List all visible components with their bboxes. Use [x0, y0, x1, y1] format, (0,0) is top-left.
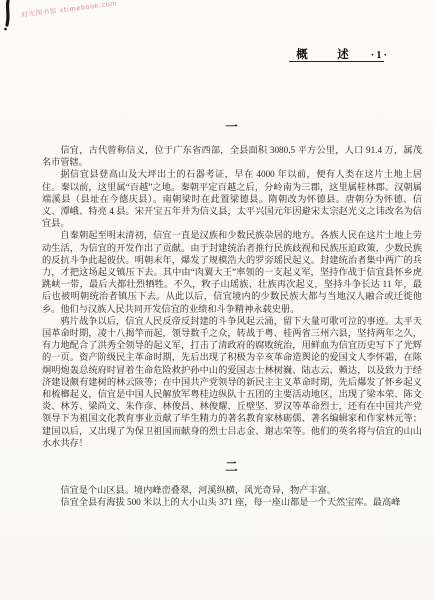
header-rule: [289, 61, 384, 62]
book-page: 时光图书馆 xtimebook.com 概 述 ·1· 一 信宜，古代曾称信义，…: [0, 0, 435, 600]
paragraph-ancient-history: 据信宜县登高山及大坪出土的石器考证，早在 4000 年以前，便有人类在这片土地上…: [42, 168, 422, 229]
paragraph-intro: 信宜，古代曾称信义，位于广东省西部，全县面积 3080.5 平方公里，人口 91…: [42, 144, 422, 168]
paragraph-mountains: 信宜全县有海拔 500 米以上的大小山头 371 座，每一座山都是一个天然宝库。…: [42, 496, 422, 508]
paragraph-ethnic-history: 自秦朝起至明末清初，信宜一直是汉族和少数民族杂居的地方。各族人民在这片土地上劳动…: [42, 229, 422, 314]
watermark-text: 时光图书馆 xtimebook.com: [21, 0, 118, 19]
running-header: 概 述 ·1·: [296, 46, 389, 62]
chapter-title: 概 述: [296, 46, 358, 62]
scan-edge-artifact: [2, 0, 16, 32]
section-marker-two: 二: [42, 461, 422, 474]
section-marker-one: 一: [42, 121, 422, 134]
paragraph-modern-history: 鸦片战争以后，信宜人民反帝反封建的斗争风起云涌，留下大量可歌可泣的事迹。太平天国…: [42, 315, 422, 449]
page-body: 一 信宜，古代曾称信义，位于广东省西部，全县面积 3080.5 平方公里，人口 …: [42, 118, 422, 508]
page-number: ·1·: [371, 50, 389, 61]
paragraph-geography: 信宜是个山区县。境内峰峦叠翠，河溪纵横，风光奇异，物产丰富。: [42, 484, 422, 496]
